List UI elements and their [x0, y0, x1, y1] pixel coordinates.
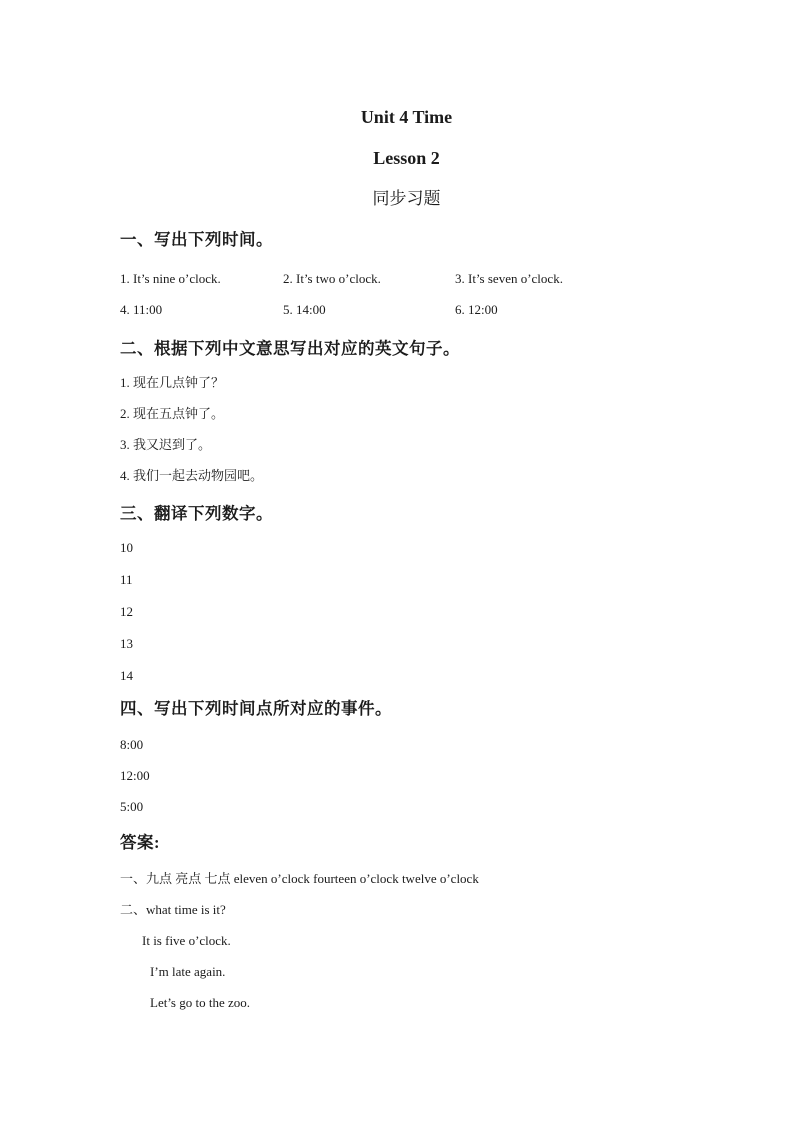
- exercise-item: 2. It’s two o’clock.: [283, 271, 455, 287]
- section-1-row-2: 4. 11:00 5. 14:00 6. 12:00: [120, 302, 693, 318]
- section-4-heading: 四、写出下列时间点所对应的事件。: [120, 699, 693, 719]
- exercise-item: 4. 我们一起去动物园吧。: [120, 468, 693, 484]
- exercise-item: 13: [120, 636, 693, 652]
- section-1-row-1: 1. It’s nine o’clock. 2. It’s two o’cloc…: [120, 271, 693, 287]
- answer-line: 一、九点 亮点 七点 eleven o’clock fourteen o’clo…: [120, 871, 693, 887]
- exercise-item: 1. It’s nine o’clock.: [120, 271, 283, 287]
- exercise-item: 1. 现在几点钟了？: [120, 375, 693, 391]
- exercise-item: 5. 14:00: [283, 302, 455, 318]
- exercise-item: 4. 11:00: [120, 302, 283, 318]
- answer-line: It is five o’clock.: [120, 933, 693, 949]
- exercise-item: 12: [120, 604, 693, 620]
- answer-line: 二、what time is it?: [120, 902, 693, 918]
- exercise-item: 6. 12:00: [455, 302, 693, 318]
- answer-line: I’m late again.: [120, 964, 693, 980]
- doc-title: Unit 4 Time: [120, 107, 693, 127]
- answer-line: Let’s go to the zoo.: [120, 995, 693, 1011]
- worksheet-page: Unit 4 Time Lesson 2 同步习题 一、写出下列时间。 1. I…: [0, 0, 793, 1122]
- exercise-item: 5:00: [120, 799, 693, 815]
- exercise-item: 14: [120, 668, 693, 684]
- exercise-item: 3. It’s seven o’clock.: [455, 271, 693, 287]
- doc-lesson-title: Lesson 2: [120, 148, 693, 168]
- exercise-item: 12:00: [120, 768, 693, 784]
- section-2-heading: 二、根据下列中文意思写出对应的英文句子。: [120, 339, 693, 359]
- section-1-heading: 一、写出下列时间。: [120, 230, 693, 250]
- exercise-item: 2. 现在五点钟了。: [120, 406, 693, 422]
- doc-subtitle: 同步习题: [120, 189, 693, 208]
- exercise-item: 11: [120, 572, 693, 588]
- exercise-item: 3. 我又迟到了。: [120, 437, 693, 453]
- exercise-item: 8:00: [120, 737, 693, 753]
- section-3-heading: 三、翻译下列数字。: [120, 504, 693, 524]
- exercise-item: 10: [120, 540, 693, 556]
- answers-heading: 答案:: [120, 833, 693, 853]
